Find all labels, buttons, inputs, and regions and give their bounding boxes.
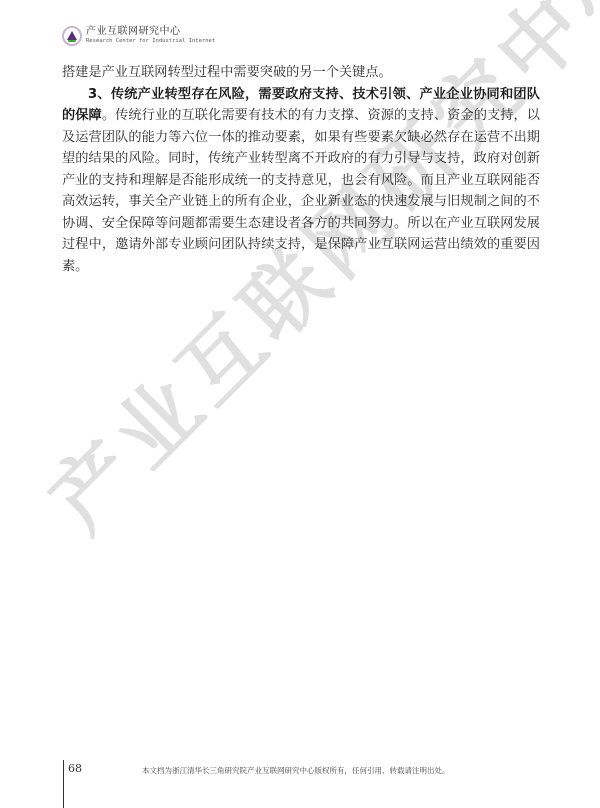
copyright-notice: 本文档为浙江清华长三角研究院产业互联网研究中心版权所有，任何引用、转载请注明出处… bbox=[142, 765, 450, 776]
paragraph-continuation: 搭建是产业互联网转型过程中需要突破的另一个关键点。 bbox=[62, 62, 540, 84]
paragraph-text: 。传统行业的互联化需要有技术的有力支撑、资源的支持、资金的支持，以及运营团队的能… bbox=[62, 108, 540, 274]
paragraph-risk: 3、传统产业转型存在风险，需要政府支持、技术引领、产业企业协同和团队的保障。传统… bbox=[62, 84, 540, 278]
brand: 产业互联网研究中心 Research Center for Industrial… bbox=[86, 27, 215, 45]
page-number: 68 bbox=[68, 762, 82, 775]
footer-divider bbox=[63, 760, 64, 808]
page-header: 产业互联网研究中心 Research Center for Industrial… bbox=[62, 26, 215, 46]
brand-name-en: Research Center for Industrial Internet bbox=[86, 39, 215, 45]
brand-name-cn: 产业互联网研究中心 bbox=[86, 27, 215, 37]
institute-logo-icon bbox=[62, 26, 82, 46]
document-body: 搭建是产业互联网转型过程中需要突破的另一个关键点。 3、传统产业转型存在风险，需… bbox=[62, 62, 540, 277]
